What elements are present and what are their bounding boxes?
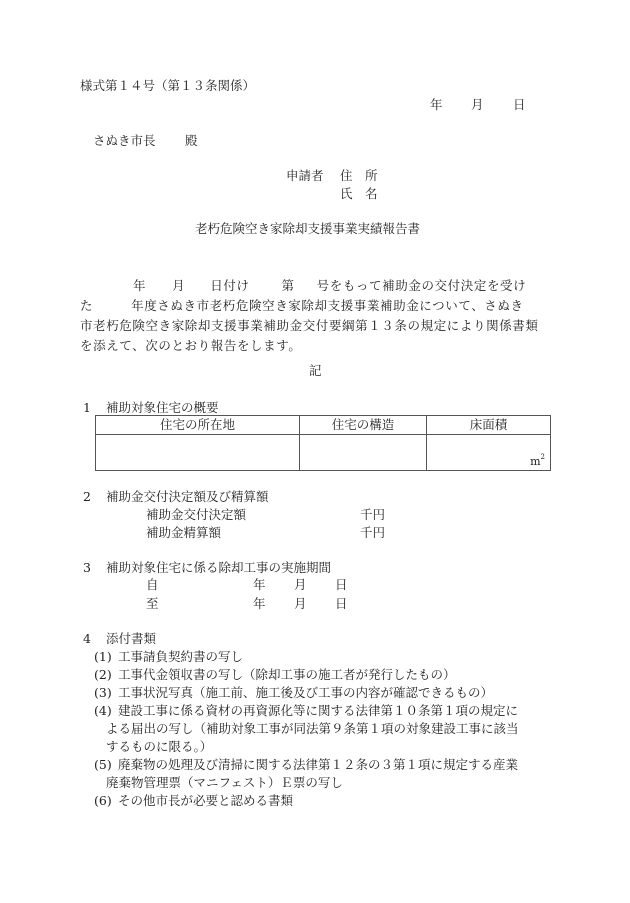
period-from-month: 月 [294, 579, 307, 592]
body-line-2: た年度さぬき市老朽危険空き家除却支援事業補助金について、さぬき [80, 296, 552, 316]
cell-location[interactable] [96, 435, 300, 471]
cell-floor-area[interactable]: m2 [427, 435, 551, 471]
attachment-5-num: (5) [94, 759, 112, 772]
attachment-5-line1: 廃棄物の処理及び清掃に関する法律第１２条の３第１項に規定する産業 [118, 759, 518, 772]
addressee: さぬき市長 [93, 135, 156, 148]
attachment-4-line1: 建設工事に係る資材の再資源化等に関する法律第１０条第１項の規定に [118, 705, 518, 718]
section2-number: 2 [83, 491, 91, 504]
section3-heading: 補助対象住宅に係る除却工事の実施期間 [106, 562, 331, 575]
applicant-label: 申請者 [286, 170, 324, 183]
grant-settlement-label: 補助金精算額 [146, 527, 221, 540]
form-number: 様式第１４号（第１３条関係） [80, 80, 255, 93]
section2-heading: 補助金交付決定額及び精算額 [106, 491, 269, 504]
col-location: 住宅の所在地 [96, 416, 300, 435]
housing-overview-table: 住宅の所在地 住宅の構造 床面積 m2 [95, 415, 551, 471]
attachment-4-num: (4) [94, 705, 112, 718]
grant-decision-unit: 千円 [360, 509, 385, 522]
attachment-1-num: (1) [94, 651, 112, 664]
body-line-1: 年月日付け第号をもって補助金の交付決定を受け [80, 276, 552, 296]
col-structure: 住宅の構造 [300, 416, 427, 435]
grant-settlement-unit: 千円 [360, 527, 385, 540]
attachment-2: 工事代金領収書の写し（除却工事の施工者が発行したもの） [118, 669, 456, 682]
date-month: 月 [471, 99, 484, 112]
period-to-month: 月 [294, 598, 307, 611]
period-from-label: 自 [146, 579, 159, 592]
attachment-6: その他市長が必要と認める書類 [118, 795, 293, 808]
body-line-3: 市老朽危険空き家除却支援事業補助金交付要綱第１３条の規定により関係書類 [80, 316, 552, 336]
attachment-1: 工事請負契約書の写し [118, 651, 243, 664]
period-to-label: 至 [146, 598, 159, 611]
section4-number: 4 [83, 633, 91, 646]
document-title: 老朽危険空き家除却支援事業実績報告書 [195, 223, 420, 236]
body-paragraph: 年月日付け第号をもって補助金の交付決定を受け た年度さぬき市老朽危険空き家除却支… [80, 276, 552, 356]
grant-decision-label: 補助金交付決定額 [146, 509, 246, 522]
attachment-2-num: (2) [94, 669, 112, 682]
period-to-year: 年 [253, 598, 266, 611]
date-year: 年 [430, 99, 443, 112]
body-line-4: を添えて、次のとおり報告をします。 [80, 336, 552, 356]
section1-heading: 補助対象住宅の概要 [106, 402, 219, 415]
section3-number: 3 [83, 562, 91, 575]
section4-heading: 添付書類 [106, 633, 156, 646]
address-label: 住 所 [340, 170, 378, 183]
table-row: m2 [96, 435, 551, 471]
date-day: 日 [513, 99, 526, 112]
attachment-3-num: (3) [94, 687, 112, 700]
attachment-5-line2: 廃棄物管理票（マニフェスト）Ｅ票の写し [106, 777, 343, 790]
attachment-4-line2: よる届出の写し（補助対象工事が同法第９条第１項の対象建設工事に該当 [106, 723, 519, 736]
attachment-6-num: (6) [94, 795, 112, 808]
col-floor-area: 床面積 [427, 416, 551, 435]
section1-number: 1 [83, 402, 91, 415]
attachment-3: 工事状況写真（施工前、施工後及び工事の内容が確認できるもの） [118, 687, 493, 700]
period-to-day: 日 [335, 598, 348, 611]
cell-structure[interactable] [300, 435, 427, 471]
honorific: 殿 [185, 135, 198, 148]
table-header-row: 住宅の所在地 住宅の構造 床面積 [96, 416, 551, 435]
attachment-4-line3: するものに限る。） [106, 741, 212, 754]
area-unit: m2 [530, 454, 545, 467]
period-from-day: 日 [335, 579, 348, 592]
ki-marker: 記 [309, 365, 322, 378]
name-label: 氏 名 [340, 188, 378, 201]
period-from-year: 年 [253, 579, 266, 592]
